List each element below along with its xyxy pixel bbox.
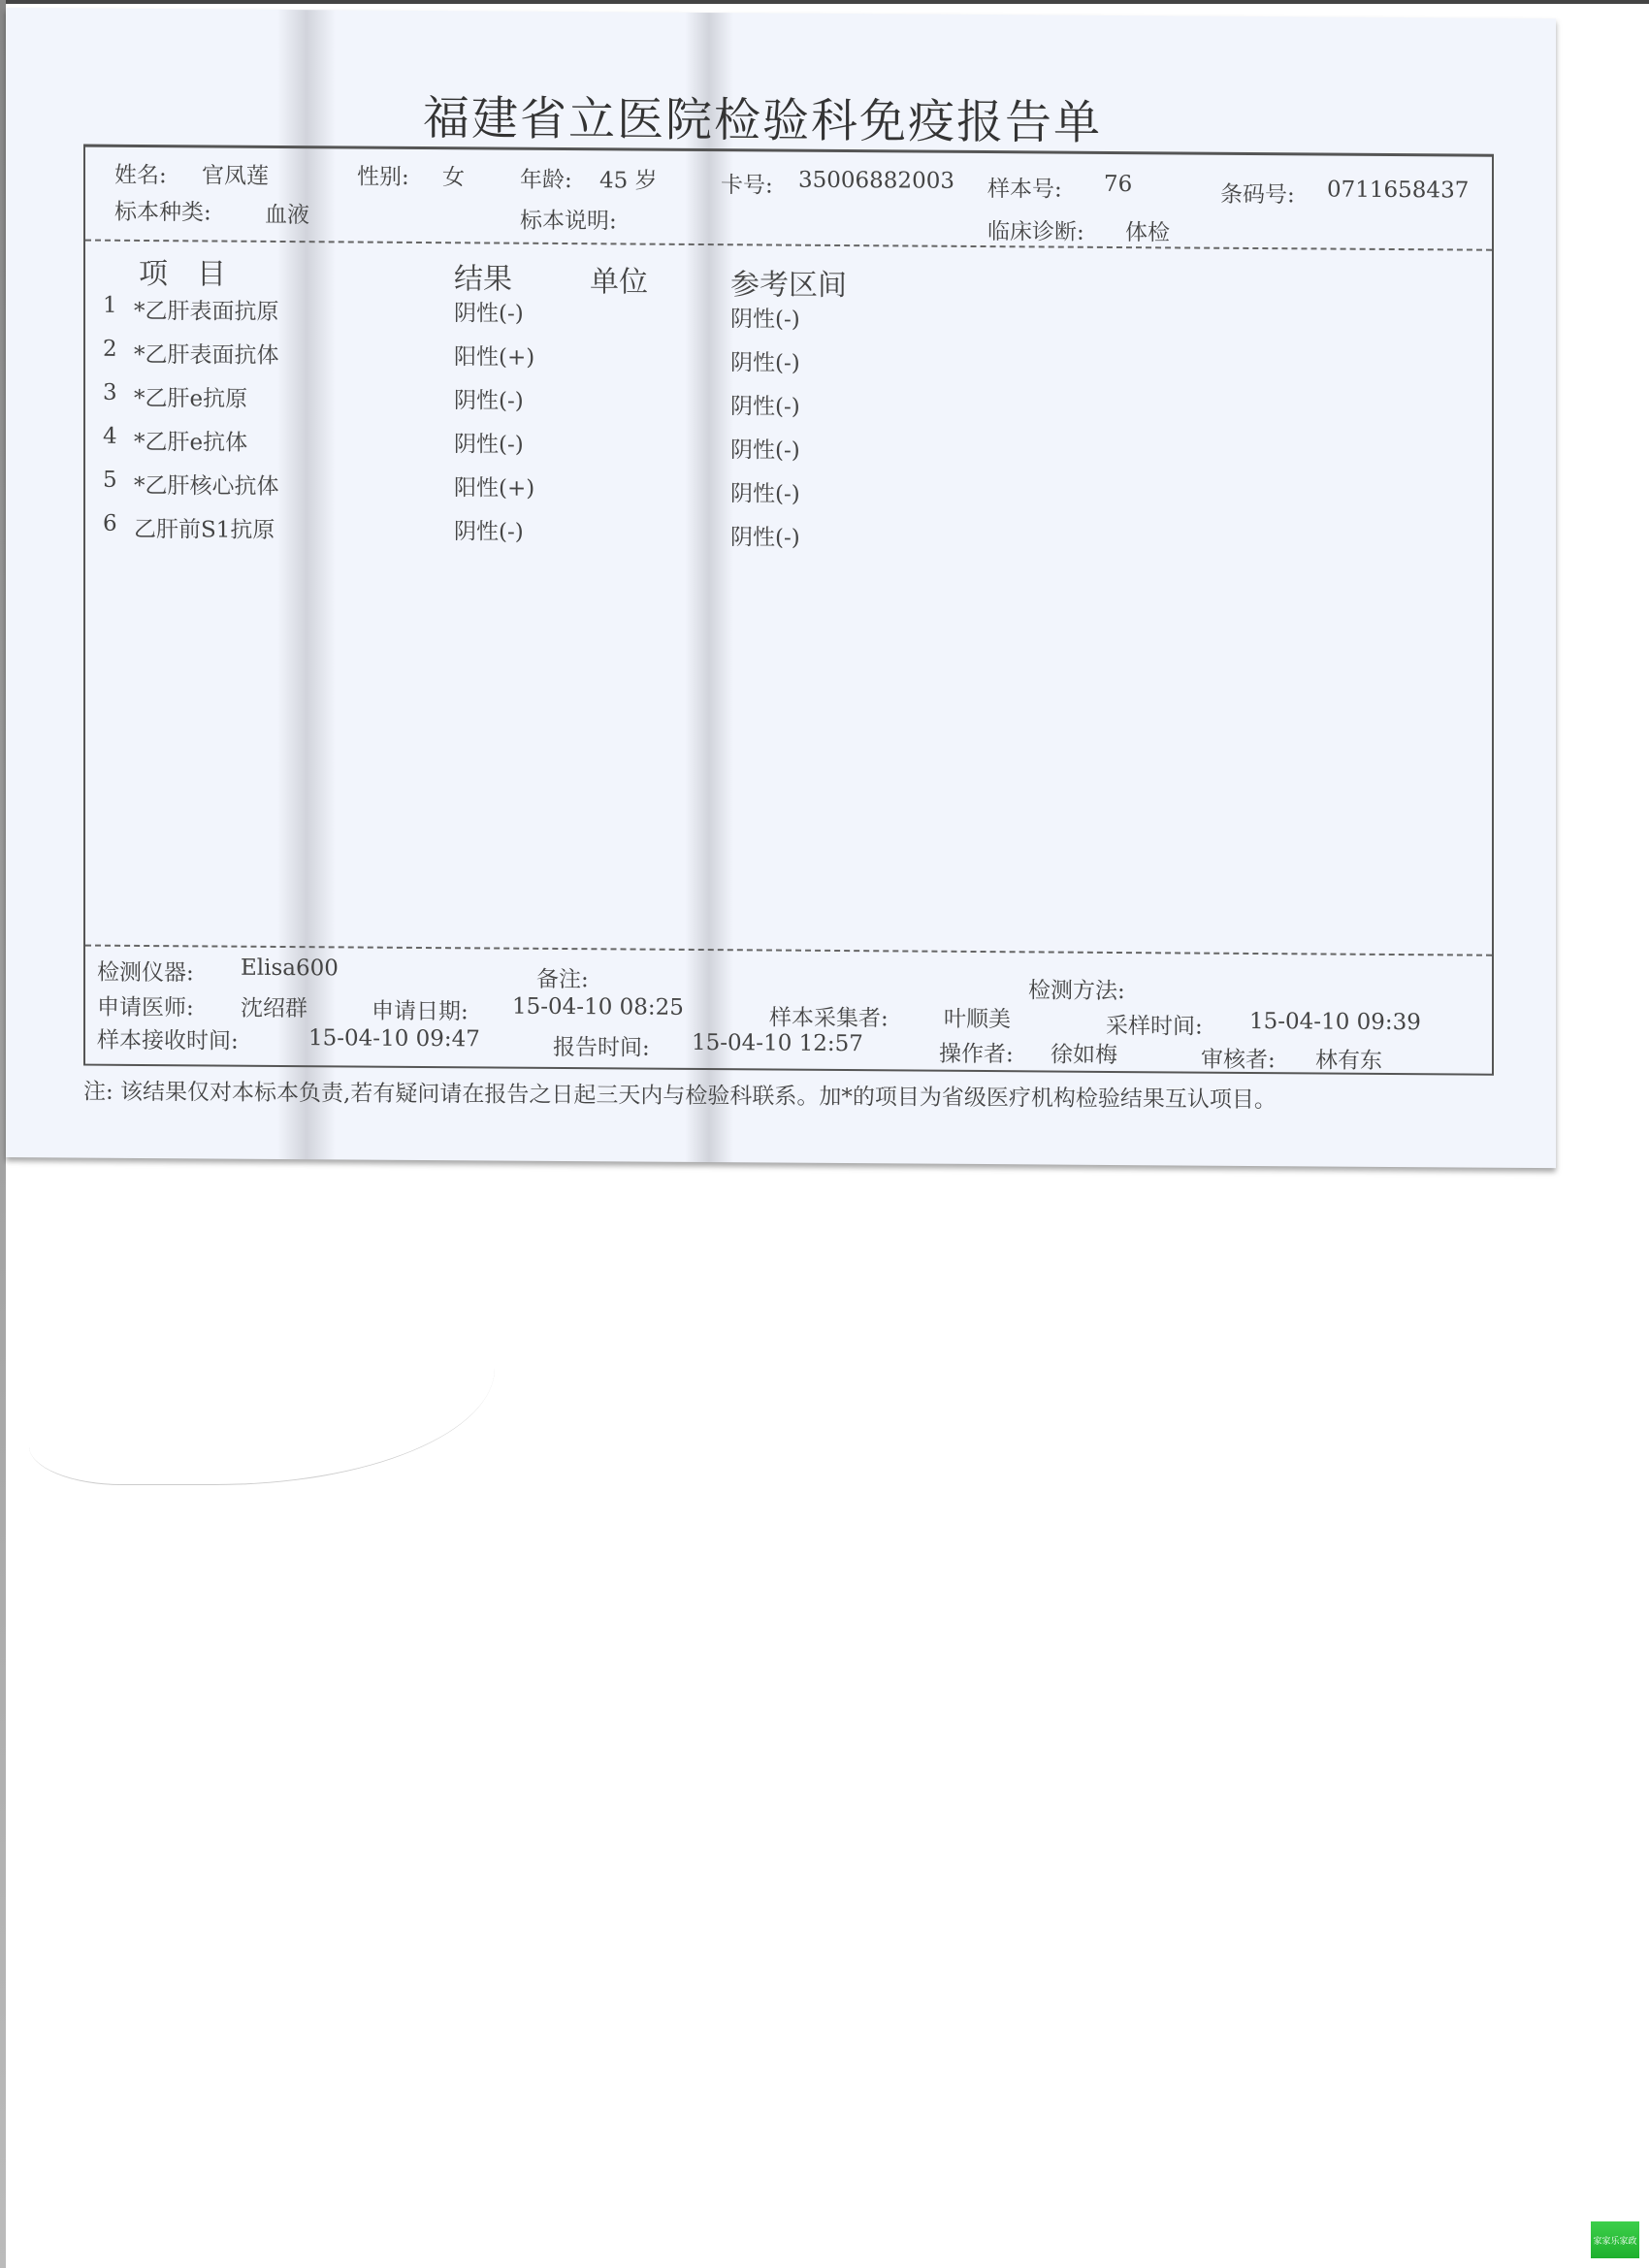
row-ref: 阴性(-) (730, 388, 800, 421)
row-item: *乙肝e抗原 (134, 380, 247, 413)
remark-label: 备注: (536, 961, 589, 993)
col-item: 项 目 (139, 249, 226, 293)
receive-time-value: 15-04-10 09:47 (308, 1025, 480, 1052)
collector-value: 叶顺美 (944, 1001, 1011, 1033)
collector-label: 样本采集者: (769, 999, 889, 1032)
report-box: 姓名: 官凤莲 性别: 女 年龄: 45 岁 卡号: 35006882003 样… (83, 145, 1494, 1076)
reviewer-label: 审核者: (1201, 1042, 1276, 1075)
diagnosis-label: 临床诊断: (987, 213, 1084, 246)
name-value: 官凤莲 (202, 157, 269, 189)
request-date-label: 申请日期: (372, 993, 469, 1026)
row-no: 3 (103, 380, 117, 405)
age-label: 年龄: (520, 162, 572, 194)
specimen-type-label: 标本种类: (114, 194, 211, 227)
result-rows: 1*乙肝表面抗原阴性(-)阴性(-)2*乙肝表面抗体阳性(+)阴性(-)3*乙肝… (85, 147, 1492, 157)
reviewer-value: 林有东 (1315, 1042, 1382, 1074)
instrument-value: Elisa600 (241, 956, 339, 982)
row-ref: 阴性(-) (730, 344, 800, 377)
report-time-label: 报告时间: (553, 1029, 650, 1062)
barcode-value: 0711658437 (1327, 178, 1469, 204)
operator-label: 操作者: (939, 1036, 1014, 1069)
report-title: 福建省立医院检验科免疫报告单 (423, 81, 1102, 152)
barcode-label: 条码号: (1220, 177, 1295, 210)
row-result: 阴性(-) (454, 295, 524, 328)
age-value: 45 岁 (599, 162, 658, 194)
method-label: 检测方法: (1028, 972, 1125, 1005)
row-no: 6 (103, 511, 117, 536)
row-item: *乙肝表面抗原 (134, 293, 279, 326)
divider (85, 945, 1492, 956)
request-date-value: 15-04-10 08:25 (512, 994, 684, 1021)
name-label: 姓名: (114, 157, 167, 189)
doctor-value: 沈绍群 (241, 990, 307, 1022)
row-no: 4 (103, 424, 117, 449)
operator-value: 徐如梅 (1051, 1037, 1117, 1069)
report-time-value: 15-04-10 12:57 (692, 1030, 863, 1056)
row-ref: 阴性(-) (730, 475, 800, 508)
paper-crease-mark (29, 1290, 495, 1485)
instrument-label: 检测仪器: (97, 955, 194, 988)
watermark-badge: 家家乐家政 (1591, 2221, 1639, 2258)
sex-value: 女 (442, 159, 465, 191)
specimen-type-value: 血液 (265, 197, 309, 229)
row-result: 阴性(-) (454, 382, 524, 415)
col-unit: 单位 (590, 257, 648, 300)
row-item: *乙肝表面抗体 (134, 337, 279, 370)
row-item: *乙肝e抗体 (134, 424, 247, 457)
row-result: 阴性(-) (454, 513, 524, 546)
row-no: 5 (103, 468, 117, 493)
row-no: 2 (103, 337, 117, 362)
sample-no-value: 76 (1104, 172, 1132, 197)
disclaimer-note: 注: 该结果仅对本标本负责,若有疑问请在报告之日起三天内与检验科联系。加*的项目… (83, 1074, 1277, 1115)
sample-no-label: 样本号: (987, 171, 1062, 204)
diagnosis-value: 体检 (1125, 214, 1170, 246)
collect-time-value: 15-04-10 09:39 (1249, 1009, 1421, 1035)
row-result: 阳性(+) (454, 339, 534, 372)
row-ref: 阴性(-) (730, 432, 800, 465)
card-value: 35006882003 (798, 168, 954, 194)
row-result: 阳性(+) (454, 470, 534, 502)
scan-edge (0, 0, 1649, 4)
row-item: *乙肝核心抗体 (134, 468, 279, 501)
row-item: 乙肝前S1抗原 (134, 511, 275, 544)
specimen-note-label: 标本说明: (520, 203, 617, 236)
row-ref: 阴性(-) (730, 519, 800, 552)
card-label: 卡号: (721, 167, 773, 199)
col-result: 结果 (454, 254, 512, 297)
report-paper: 福建省立医院检验科免疫报告单 姓名: 官凤莲 性别: 女 年龄: 45 岁 卡号… (6, 8, 1556, 1168)
receive-time-label: 样本接收时间: (97, 1022, 239, 1055)
collect-time-label: 采样时间: (1106, 1008, 1203, 1041)
row-result: 阴性(-) (454, 426, 524, 459)
sex-label: 性别: (357, 159, 409, 191)
doctor-label: 申请医师: (97, 989, 194, 1022)
row-ref: 阴性(-) (730, 301, 800, 334)
col-ref: 参考区间 (730, 260, 847, 304)
divider (85, 240, 1492, 251)
row-no: 1 (103, 293, 117, 318)
